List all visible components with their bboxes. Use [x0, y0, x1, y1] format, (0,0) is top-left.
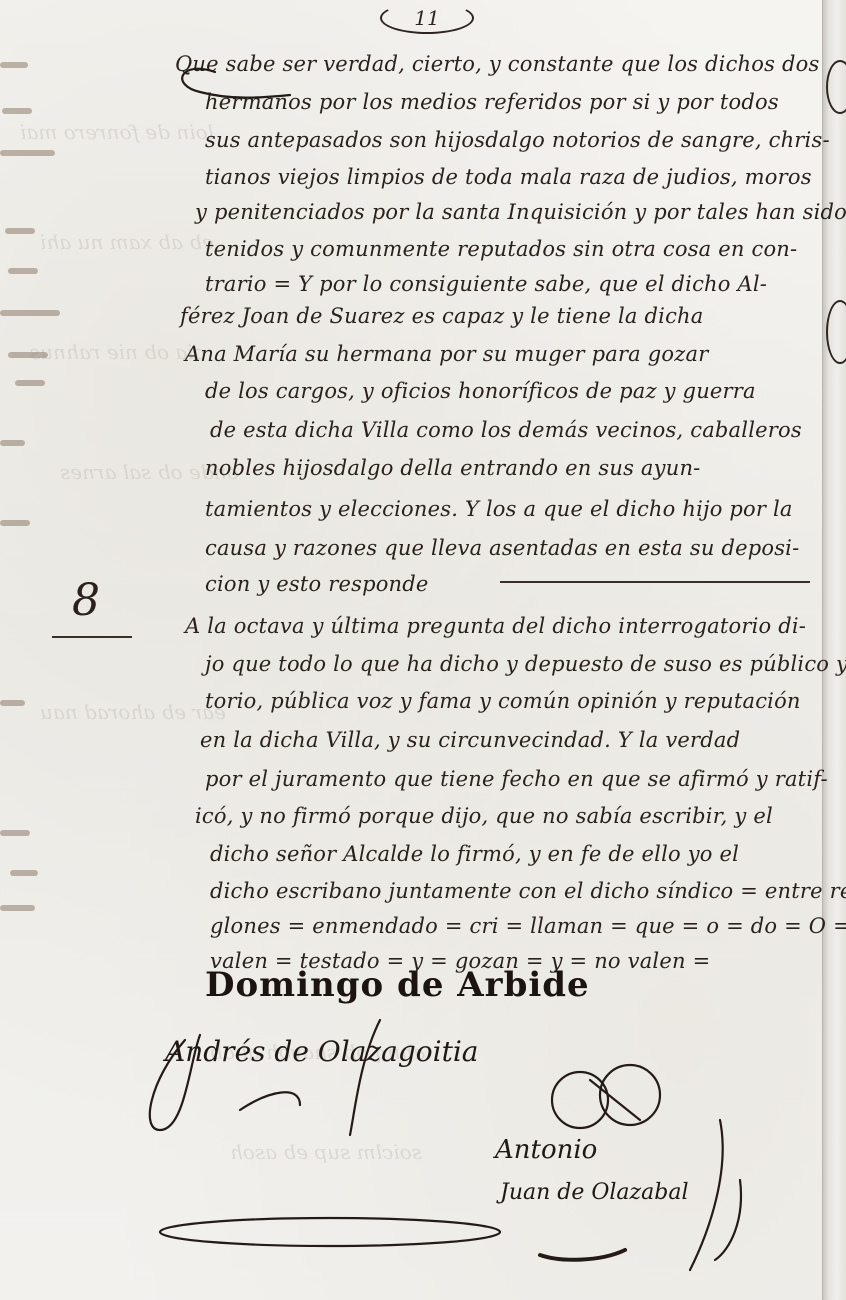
signature-juan-de-olazabal: Juan de Olazabal	[500, 1180, 689, 1205]
line-filler-rule	[500, 581, 810, 583]
text-line: de los cargos, y oficios honoríficos de …	[205, 379, 756, 403]
text-line: glones = enmendado = cri = llaman = que …	[210, 914, 846, 938]
text-line: sus antepasados son hijosdalgo notorios …	[205, 128, 830, 152]
text-line: causa y razones que lleva asentadas en e…	[205, 536, 799, 560]
text-line: en la dicha Villa, y su circunvecindad. …	[200, 728, 740, 752]
signature-flourishes-icon	[0, 0, 846, 1300]
signature-andres-de-olazagoitia: Andrés de Olazagoitia	[165, 1035, 478, 1068]
margin-rule	[52, 636, 132, 638]
text-line: por el juramento que tiene fecho en que …	[205, 767, 828, 791]
text-line: tenidos y comunmente reputados sin otra …	[205, 237, 797, 261]
text-line: hermanos por los medios referidos por si…	[205, 90, 779, 114]
text-line: jo que todo lo que ha dicho y depuesto d…	[205, 652, 846, 676]
text-line: Ana María su hermana por su muger para g…	[185, 342, 709, 366]
text-line: trario = Y por lo consiguiente sabe, que…	[205, 272, 767, 296]
text-line: y penitenciados por la santa Inquisición…	[195, 200, 846, 224]
text-line: tamientos y elecciones. Y los a que el d…	[205, 497, 793, 521]
text-line: A la octava y última pregunta del dicho …	[185, 614, 806, 638]
manuscript-page: loin de fonrero mai eb ab xam nu ahi oia…	[0, 0, 846, 1300]
text-line: dicho escribano juntamente con el dicho …	[210, 879, 846, 903]
text-line: dicho señor Alcalde lo firmó, y en fe de…	[210, 842, 739, 866]
facing-page-curl-mark	[826, 60, 846, 114]
text-line: de esta dicha Villa como los demás vecin…	[210, 418, 802, 442]
text-line: nobles hijosdalgo della entrando en sus …	[205, 456, 700, 480]
text-line: icó, y no firmó porque dijo, que no sabí…	[195, 804, 773, 828]
text-line: cion y esto responde	[205, 572, 429, 596]
signature-domingo-de-arbide: Domingo de Arbide	[205, 965, 590, 1005]
signature-antonio: Antonio	[495, 1135, 597, 1165]
folio-number: 11	[380, 2, 474, 34]
text-line: Que sabe ser verdad, cierto, y constante…	[175, 52, 819, 76]
facing-page-curl-mark	[826, 300, 846, 364]
text-line: tianos viejos limpios de toda mala raza …	[205, 165, 812, 189]
text-line: torio, pública voz y fama y común opinió…	[205, 689, 801, 713]
margin-article-number: 8	[72, 575, 100, 626]
page-spine-edge	[822, 0, 846, 1300]
text-line: férez Joan de Suarez es capaz y le tiene…	[180, 304, 703, 328]
